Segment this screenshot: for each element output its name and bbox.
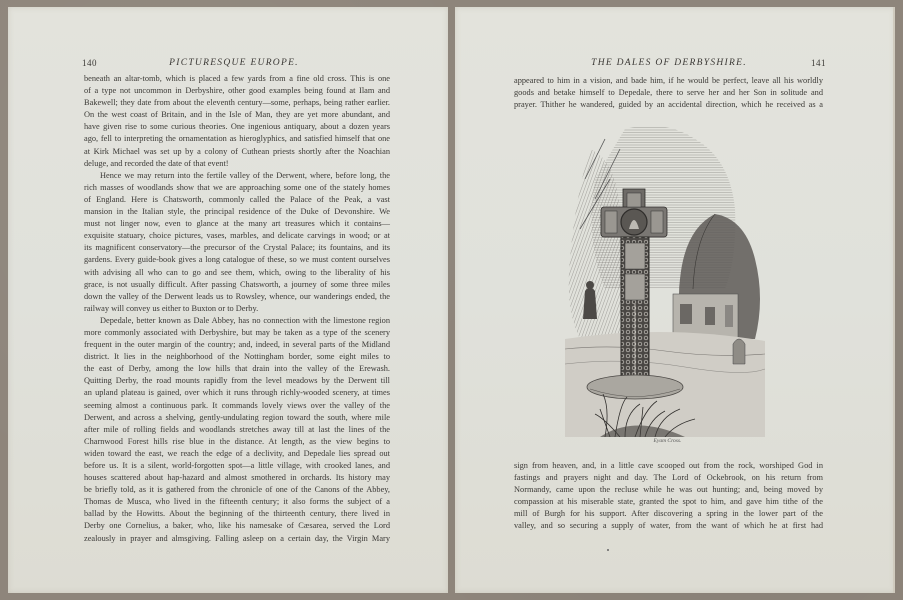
text-line: must not linger now, even to glance at t… xyxy=(84,218,390,230)
left-page: 140 PICTURESQUE EUROPE. beneath an altar… xyxy=(8,7,448,593)
text-line: beneath an altar-tomb, which is placed a… xyxy=(84,73,390,85)
running-title: THE DALES OF DERBYSHIRE. xyxy=(512,58,826,68)
text-line: Derby one Cornelius, a baker, who, like … xyxy=(84,520,390,532)
text-line: Quitting Derby, the road mounts rapidly … xyxy=(84,375,390,387)
text-line: down the valley of the Derwent leads us … xyxy=(84,291,390,303)
text-line: goods and betake himself to Depedale, th… xyxy=(514,87,823,99)
text-line: gardens. Every guide-book gives a long c… xyxy=(84,254,390,266)
text-line: compassion at his miserable state, grant… xyxy=(514,496,823,508)
page-number: 141 xyxy=(811,58,826,68)
text-line: have given rise to some curious theories… xyxy=(84,121,390,133)
text-line: ago, fell to interpreting the ornamentat… xyxy=(84,133,390,145)
text-line: houses scattered about hap-hazard and al… xyxy=(84,472,390,484)
text-line: Thomas de Musca, who lived in the fiftee… xyxy=(84,496,390,508)
text-line: rich masses of woodlands show that we ar… xyxy=(84,182,390,194)
body-text-bottom: sign from heaven, and, in a little cave … xyxy=(514,460,823,533)
text-line: of England. Here is Chatsworth, commonly… xyxy=(84,194,390,206)
text-line: before us. It is a silent, world-forgott… xyxy=(84,460,390,472)
text-line: Charnwood Forest hills rise blue in the … xyxy=(84,436,390,448)
text-line: Normandy, came upon the recluse while he… xyxy=(514,484,823,496)
text-line: Hence we may return into the fertile val… xyxy=(84,170,390,182)
text-line: an upland plateau is gained, over which … xyxy=(84,387,390,399)
text-line: Depedale, better known as Dale Abbey, ha… xyxy=(84,315,390,327)
text-line: mill of Burgh for his support. After dis… xyxy=(514,508,823,520)
text-line: district. It lies in the neighborhood of… xyxy=(84,351,390,363)
text-line: with advising all who can to go and see … xyxy=(84,267,390,279)
right-page: THE DALES OF DERBYSHIRE. 141 appeared to… xyxy=(455,7,895,593)
text-line: at Kirk Michael was set up by a colony o… xyxy=(84,146,390,158)
text-line: grace, is not usually difficult. After p… xyxy=(84,279,390,291)
text-line: appeared to him in a vision, and bade hi… xyxy=(514,75,823,87)
text-line: fastings and prayers night and day. The … xyxy=(514,472,823,484)
text-line: Bakewell; they date from about the eleve… xyxy=(84,97,390,109)
illustration-caption: Eyam Cross. xyxy=(565,438,770,444)
running-title: PICTURESQUE EUROPE. xyxy=(82,58,386,68)
text-line: its magnificent conservatory—the precurs… xyxy=(84,242,390,254)
text-line: seeming almost a continuous park. It com… xyxy=(84,400,390,412)
text-line: Derwent, and across a shelving, gently-u… xyxy=(84,412,390,424)
paper-speck xyxy=(607,549,609,551)
text-line: the east of Derby, among the low hills t… xyxy=(84,363,390,375)
eyam-cross-engraving xyxy=(565,119,765,437)
text-line: prayer. Thither he wandered, guided by a… xyxy=(514,99,823,111)
text-line: be briefly told, as it is gathered from … xyxy=(84,484,390,496)
text-line: of a type not uncommon in Derbyshire, ot… xyxy=(84,85,390,97)
text-line: mansion in the Italian style, the princi… xyxy=(84,206,390,218)
text-line: deluge, and recorded the date of that ev… xyxy=(84,158,390,170)
text-line: railway will convey us either to Buxton … xyxy=(84,303,390,315)
body-text: beneath an altar-tomb, which is placed a… xyxy=(84,73,390,545)
text-line: On the west coast of Britain, and in the… xyxy=(84,109,390,121)
text-line: ballad by the Howitts. About the beginni… xyxy=(84,508,390,520)
text-line: sign from heaven, and, in a little cave … xyxy=(514,460,823,472)
text-line: more commonly associated with Derbyshire… xyxy=(84,327,390,339)
text-line: widen toward the east, we reach the edge… xyxy=(84,448,390,460)
engraving-image xyxy=(565,119,765,437)
text-line: exquisite statuary, choice pictures, vas… xyxy=(84,230,390,242)
text-line: valley, and so securing a supply of wate… xyxy=(514,520,823,532)
text-line: zealously in prayer and almsgiving. Fall… xyxy=(84,533,390,545)
text-line: frequent in the outer margin of the coun… xyxy=(84,339,390,351)
text-line: after mile of rolling fields and woodlan… xyxy=(84,424,390,436)
body-text-top: appeared to him in a vision, and bade hi… xyxy=(514,75,823,111)
